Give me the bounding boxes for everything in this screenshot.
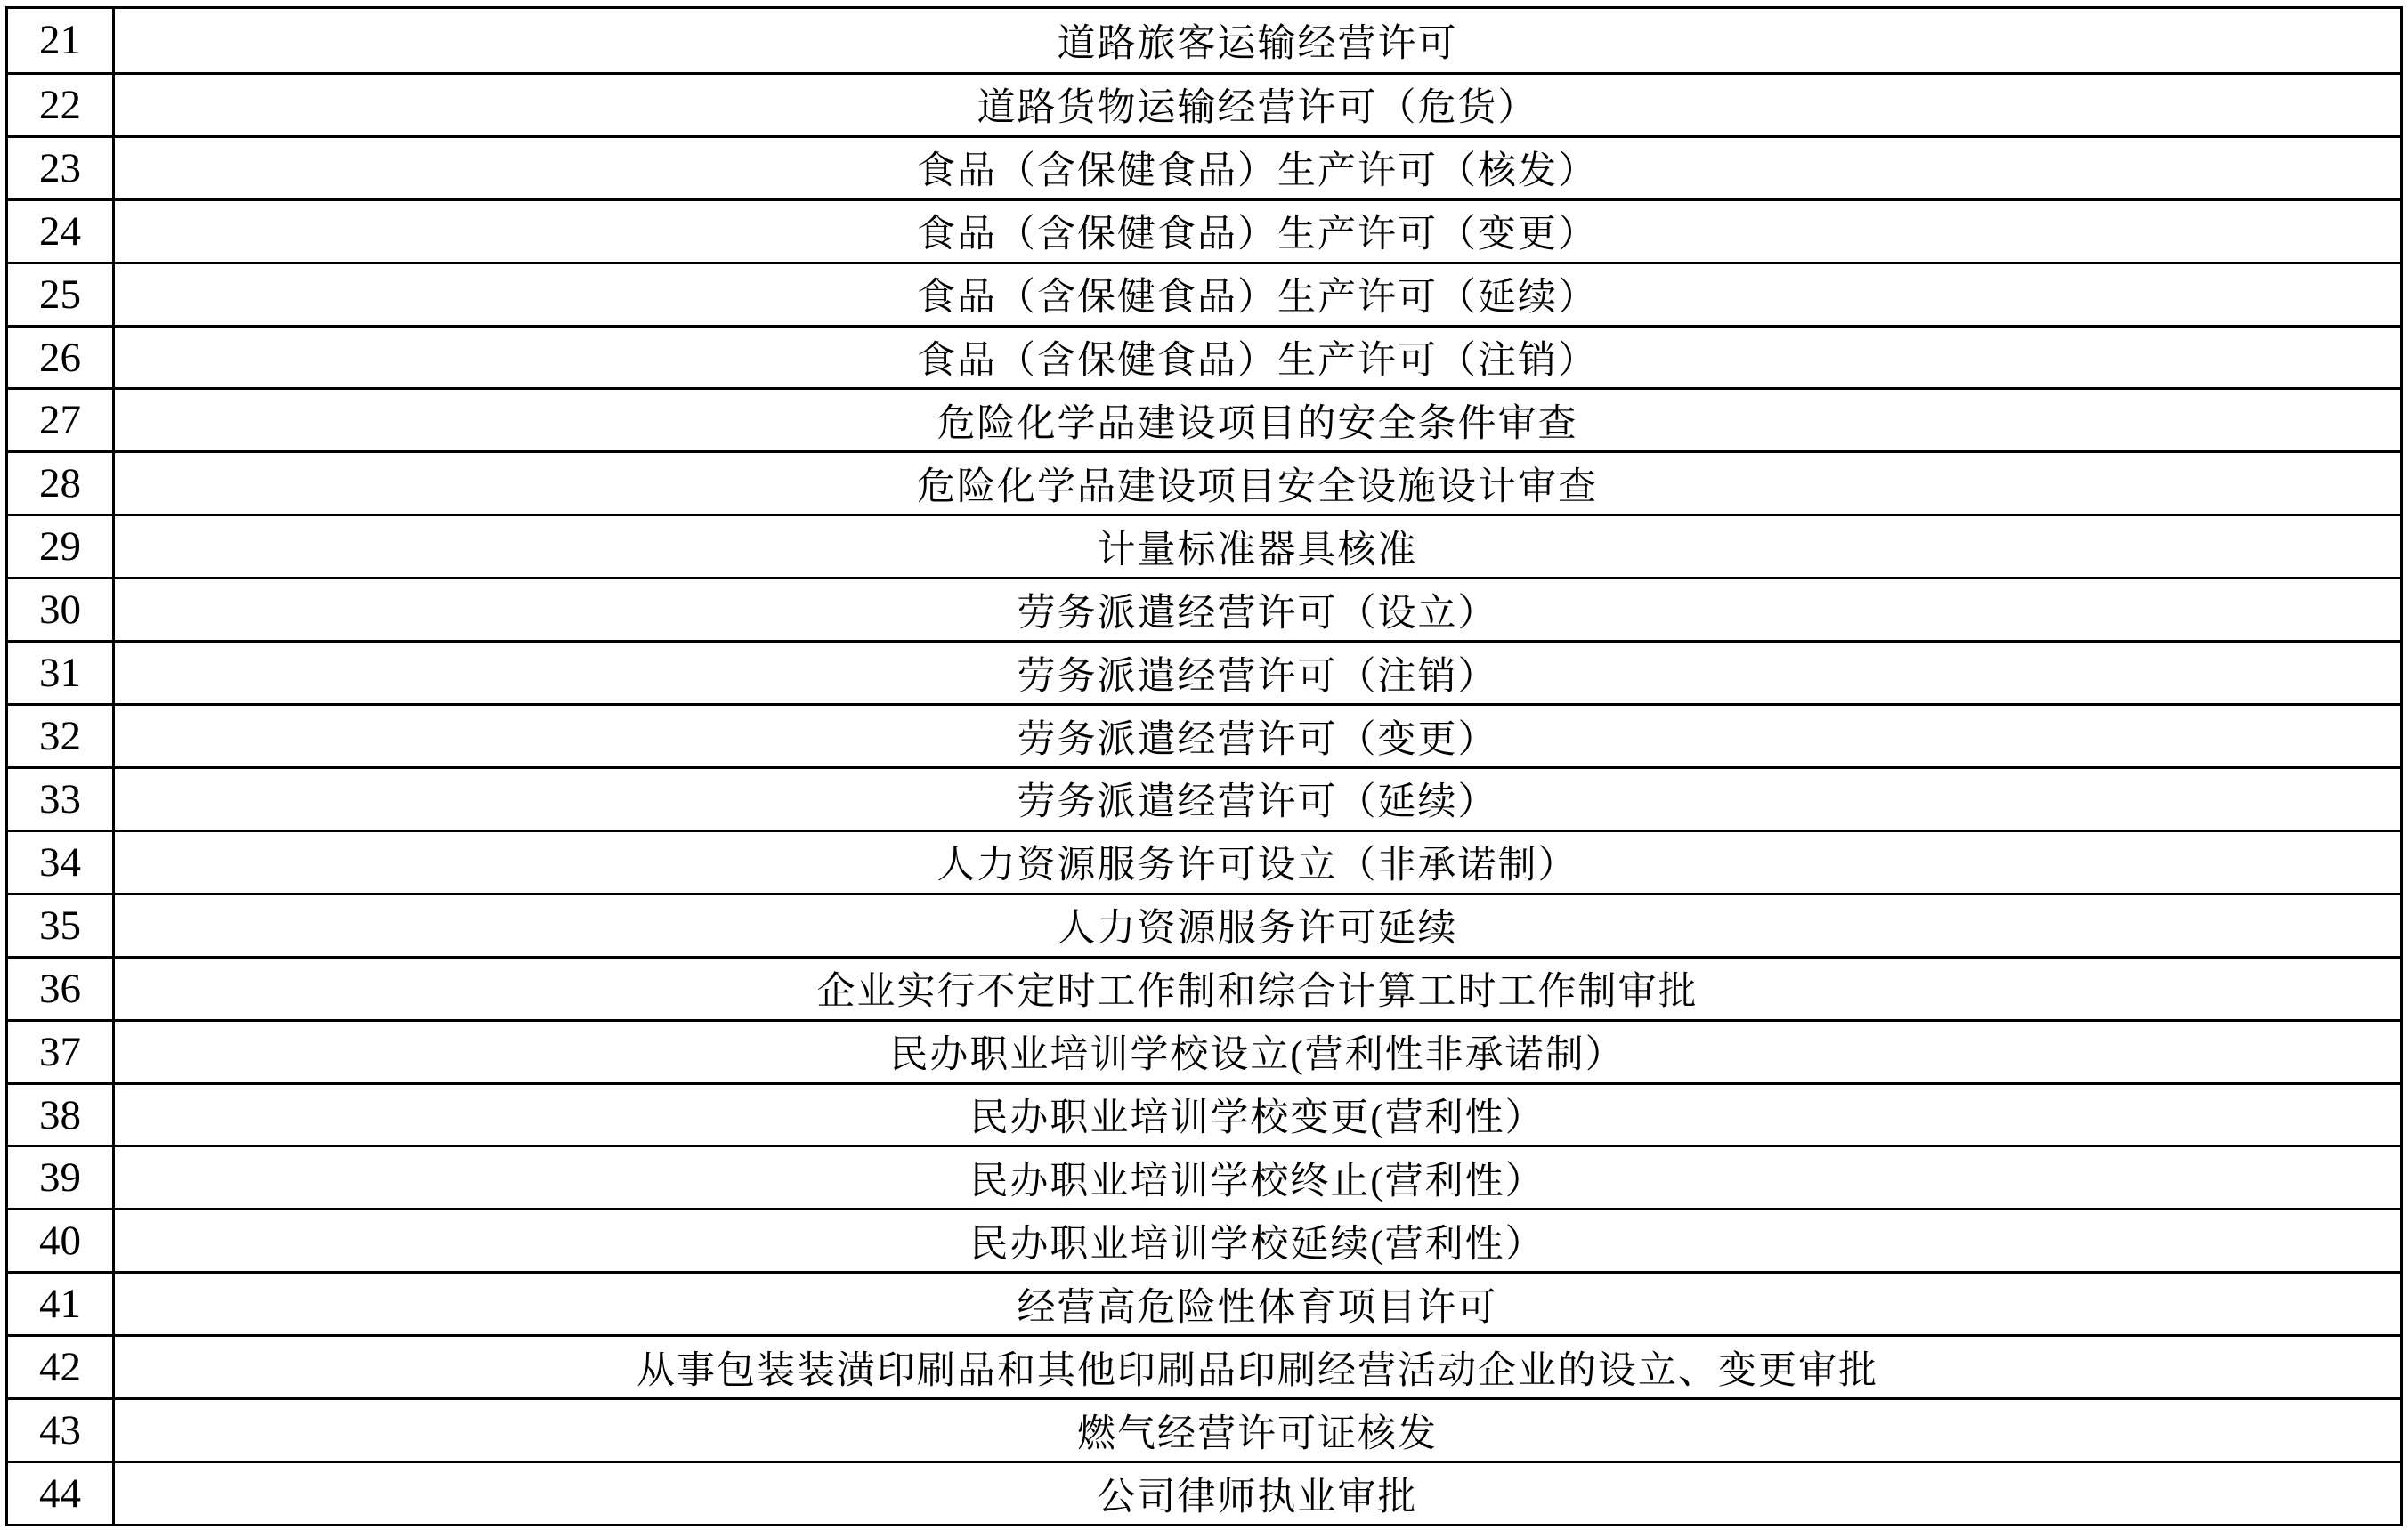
row-number-cell: 44	[8, 1463, 115, 1524]
table-row: 35 人力资源服务许可延续	[8, 893, 2400, 956]
row-number-cell: 22	[8, 75, 115, 135]
row-number-cell: 29	[8, 516, 115, 577]
row-number-cell: 36	[8, 959, 115, 1019]
item-name-cell: 从事包装装潢印刷品和其他印刷品印刷经营活动企业的设立、变更审批	[115, 1337, 2400, 1397]
item-name-cell: 危险化学品建设项目的安全条件审查	[115, 390, 2400, 450]
table-row: 40 民办职业培训学校延续(营利性）	[8, 1208, 2400, 1271]
row-number-cell: 28	[8, 453, 115, 514]
row-number-cell: 37	[8, 1022, 115, 1082]
item-name-cell: 民办职业培训学校变更(营利性）	[115, 1085, 2400, 1145]
item-name-cell: 民办职业培训学校终止(营利性）	[115, 1147, 2400, 1208]
table-row: 32 劳务派遣经营许可（变更）	[8, 703, 2400, 766]
row-number-cell: 38	[8, 1085, 115, 1145]
table-row: 36 企业实行不定时工作制和综合计算工时工作制审批	[8, 956, 2400, 1019]
license-items-table: 21 道路旅客运输经营许可 22 道路货物运输经营许可（危货） 23 食品（含保…	[5, 6, 2403, 1526]
table-row: 21 道路旅客运输经营许可	[8, 9, 2400, 72]
row-number-cell: 23	[8, 138, 115, 198]
row-number-cell: 41	[8, 1274, 115, 1334]
row-number-cell: 21	[8, 9, 115, 72]
table-row: 42 从事包装装潢印刷品和其他印刷品印刷经营活动企业的设立、变更审批	[8, 1334, 2400, 1397]
table-row: 37 民办职业培训学校设立(营利性非承诺制）	[8, 1019, 2400, 1082]
row-number-cell: 34	[8, 832, 115, 893]
table-row: 25 食品（含保健食品）生产许可（延续）	[8, 262, 2400, 325]
item-name-cell: 人力资源服务许可设立（非承诺制）	[115, 832, 2400, 893]
row-number-cell: 31	[8, 643, 115, 703]
item-name-cell: 食品（含保健食品）生产许可（注销）	[115, 328, 2400, 388]
item-name-cell: 危险化学品建设项目安全设施设计审查	[115, 453, 2400, 514]
item-name-cell: 道路旅客运输经营许可	[115, 9, 2400, 72]
item-name-cell: 食品（含保健食品）生产许可（延续）	[115, 264, 2400, 325]
row-number-cell: 32	[8, 706, 115, 766]
row-number-cell: 39	[8, 1147, 115, 1208]
table-row: 24 食品（含保健食品）生产许可（变更）	[8, 198, 2400, 262]
table-row: 27 危险化学品建设项目的安全条件审查	[8, 387, 2400, 450]
item-name-cell: 燃气经营许可证核发	[115, 1400, 2400, 1461]
item-name-cell: 人力资源服务许可延续	[115, 895, 2400, 956]
table-row: 30 劳务派遣经营许可（设立）	[8, 577, 2400, 640]
row-number-cell: 40	[8, 1210, 115, 1271]
item-name-cell: 民办职业培训学校设立(营利性非承诺制）	[115, 1022, 2400, 1082]
table-row: 34 人力资源服务许可设立（非承诺制）	[8, 830, 2400, 893]
item-name-cell: 食品（含保健食品）生产许可（变更）	[115, 201, 2400, 262]
table-row: 43 燃气经营许可证核发	[8, 1397, 2400, 1461]
table-row: 41 经营高危险性体育项目许可	[8, 1271, 2400, 1334]
row-number-cell: 24	[8, 201, 115, 262]
item-name-cell: 经营高危险性体育项目许可	[115, 1274, 2400, 1334]
item-name-cell: 企业实行不定时工作制和综合计算工时工作制审批	[115, 959, 2400, 1019]
table-row: 33 劳务派遣经营许可（延续）	[8, 766, 2400, 830]
row-number-cell: 26	[8, 328, 115, 388]
row-number-cell: 35	[8, 895, 115, 956]
table-row: 26 食品（含保健食品）生产许可（注销）	[8, 325, 2400, 388]
item-name-cell: 食品（含保健食品）生产许可（核发）	[115, 138, 2400, 198]
row-number-cell: 43	[8, 1400, 115, 1461]
item-name-cell: 劳务派遣经营许可（注销）	[115, 643, 2400, 703]
table-row: 22 道路货物运输经营许可（危货）	[8, 72, 2400, 135]
row-number-cell: 27	[8, 390, 115, 450]
table-row: 29 计量标准器具核准	[8, 514, 2400, 577]
item-name-cell: 公司律师执业审批	[115, 1463, 2400, 1524]
item-name-cell: 计量标准器具核准	[115, 516, 2400, 577]
item-name-cell: 民办职业培训学校延续(营利性）	[115, 1210, 2400, 1271]
table-row: 23 食品（含保健食品）生产许可（核发）	[8, 135, 2400, 198]
row-number-cell: 33	[8, 769, 115, 830]
item-name-cell: 道路货物运输经营许可（危货）	[115, 75, 2400, 135]
row-number-cell: 25	[8, 264, 115, 325]
table-row: 39 民办职业培训学校终止(营利性）	[8, 1145, 2400, 1208]
item-name-cell: 劳务派遣经营许可（变更）	[115, 706, 2400, 766]
table-row: 28 危险化学品建设项目安全设施设计审查	[8, 450, 2400, 514]
item-name-cell: 劳务派遣经营许可（设立）	[115, 579, 2400, 640]
table-row: 44 公司律师执业审批	[8, 1461, 2400, 1524]
table-row: 31 劳务派遣经营许可（注销）	[8, 640, 2400, 703]
row-number-cell: 42	[8, 1337, 115, 1397]
document-page: 21 道路旅客运输经营许可 22 道路货物运输经营许可（危货） 23 食品（含保…	[0, 0, 2408, 1530]
row-number-cell: 30	[8, 579, 115, 640]
item-name-cell: 劳务派遣经营许可（延续）	[115, 769, 2400, 830]
table-row: 38 民办职业培训学校变更(营利性）	[8, 1082, 2400, 1145]
